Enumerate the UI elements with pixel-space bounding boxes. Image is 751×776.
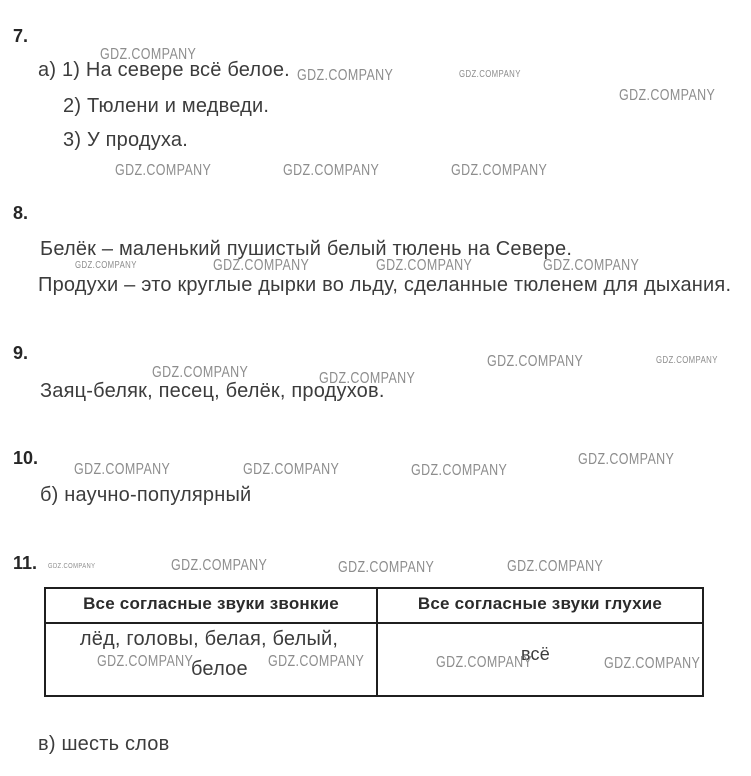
gdz-watermark: GDZ.COMPANY (297, 68, 393, 84)
gdz-watermark: GDZ.COMPANY (604, 656, 700, 672)
answer-line-11v: в) шесть слов (38, 733, 169, 755)
gdz-watermark: GDZ.COMPANY (376, 258, 472, 274)
item-number-9: 9. (13, 344, 28, 362)
table-cell-voiced-line1: лёд, головы, белая, белый, (44, 628, 374, 650)
gdz-watermark: GDZ.COMPANY (578, 452, 674, 468)
answer-line-8-2: Продухи – это круглые дырки во льду, сде… (38, 274, 731, 296)
gdz-watermark: GDZ.COMPANY (283, 163, 379, 179)
gdz-watermark: GDZ.COMPANY (436, 655, 532, 671)
table-header-voiceless: Все согласные звуки глухие (378, 589, 702, 622)
gdz-watermark: GDZ.COMPANY (487, 354, 583, 370)
gdz-watermark: GDZ.COMPANY (459, 70, 521, 80)
gdz-watermark: GDZ.COMPANY (243, 462, 339, 478)
worksheet-page: 7. а) 1) На севере всё белое. 2) Тюлени … (0, 0, 751, 776)
gdz-watermark: GDZ.COMPANY (543, 258, 639, 274)
gdz-watermark: GDZ.COMPANY (48, 562, 95, 570)
gdz-watermark: GDZ.COMPANY (152, 365, 248, 381)
item-number-8: 8. (13, 204, 28, 222)
gdz-watermark: GDZ.COMPANY (97, 654, 193, 670)
gdz-watermark: GDZ.COMPANY (411, 463, 507, 479)
gdz-watermark: GDZ.COMPANY (619, 88, 715, 104)
gdz-watermark: GDZ.COMPANY (75, 261, 137, 271)
gdz-watermark: GDZ.COMPANY (100, 47, 196, 63)
gdz-watermark: GDZ.COMPANY (268, 654, 364, 670)
item-number-7: 7. (13, 27, 28, 45)
table-cell-voiced-line2: белое (191, 658, 248, 680)
table-header-separator (46, 622, 702, 624)
gdz-watermark: GDZ.COMPANY (656, 356, 718, 366)
gdz-watermark: GDZ.COMPANY (115, 163, 211, 179)
item-number-11: 11. (13, 554, 37, 572)
gdz-watermark: GDZ.COMPANY (74, 462, 170, 478)
answer-line-7-2: 2) Тюлени и медведи. (63, 95, 269, 117)
answer-line-7-3: 3) У продуха. (63, 129, 188, 151)
item-number-10: 10. (13, 449, 38, 467)
gdz-watermark: GDZ.COMPANY (213, 258, 309, 274)
gdz-watermark: GDZ.COMPANY (319, 371, 415, 387)
gdz-watermark: GDZ.COMPANY (338, 560, 434, 576)
table-header-voiced: Все согласные звуки звонкие (46, 589, 376, 622)
gdz-watermark: GDZ.COMPANY (171, 558, 267, 574)
gdz-watermark: GDZ.COMPANY (507, 559, 603, 575)
answer-line-10: б) научно-популярный (40, 484, 251, 506)
gdz-watermark: GDZ.COMPANY (451, 163, 547, 179)
